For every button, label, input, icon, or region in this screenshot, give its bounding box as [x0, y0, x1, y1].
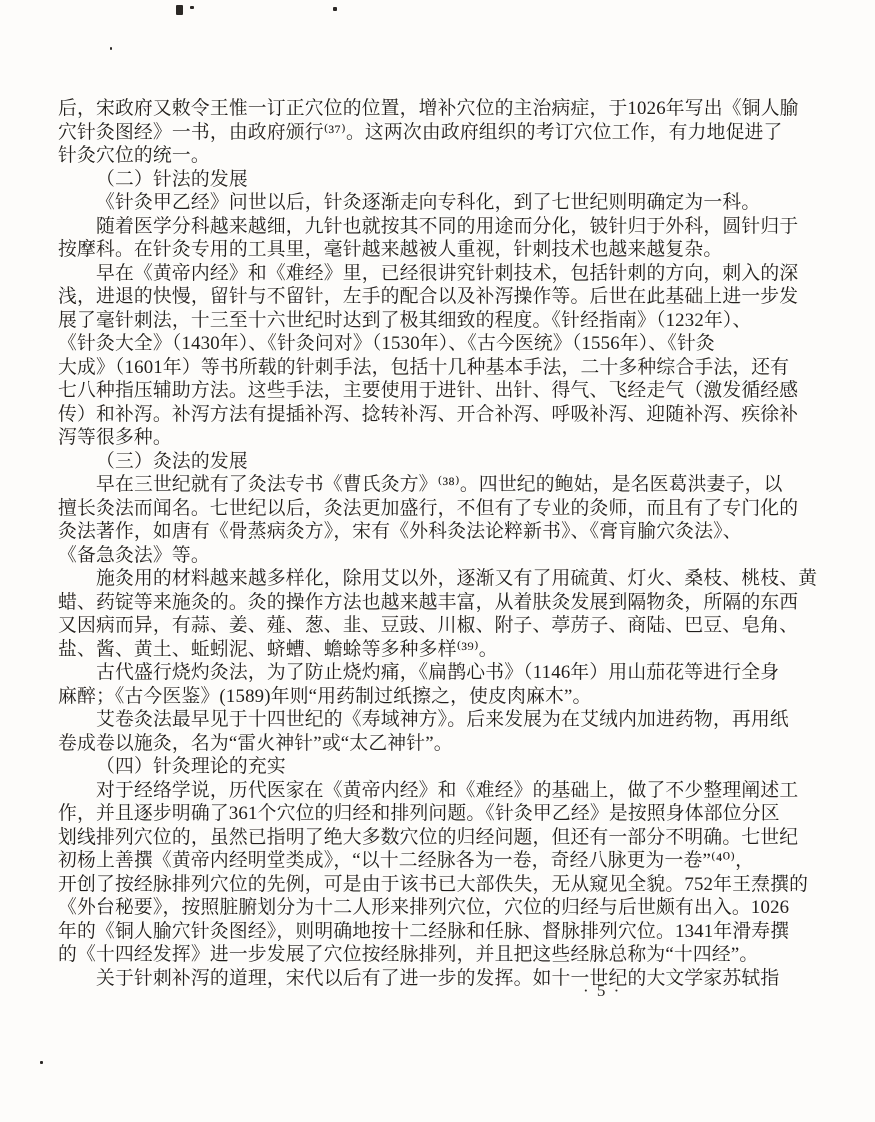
text-line: 作，并且逐步明确了361个穴位的归经和排列问题。《针灸甲乙经》是按照身体部位分区 [58, 802, 824, 826]
text-line: 的《十四经发挥》进一步发展了穴位按经脉排列，并且把这些经脉总称为“十四经”。 [58, 943, 824, 967]
text-line: 早在三世纪就有了灸法专书《曹氏灸方》⁽³⁸⁾。四世纪的鲍姑，是名医葛洪妻子，以 [58, 473, 824, 497]
scanned-book-page: 后，宋政府又敕令王惟一订正穴位的位置，增补穴位的主治病症，于1026年写出《铜人… [0, 0, 875, 1122]
text-line: 浅，进退的快慢，留针与不留针，左手的配合以及补泻操作等。后世在此基础上进一步发 [58, 285, 824, 309]
scan-speck [110, 47, 112, 50]
scan-speck [176, 5, 183, 15]
text-line: 七八种指压辅助方法。这些手法，主要使用于进针、出针、得气、飞经走气（激发循经感 [58, 379, 824, 403]
text-line: 对于经络学说，历代医家在《黄帝内经》和《难经》的基础上，做了不少整理阐述工 [58, 779, 824, 803]
text-line: 艾卷灸法最早见于十四世纪的《寿域神方》。后来发展为在艾绒内加进药物，再用纸 [58, 708, 824, 732]
text-line: 按摩科。在针灸专用的工具里，毫针越来越被人重视，针刺技术也越来越复杂。 [58, 238, 824, 262]
text-line: 展了毫针刺法，十三至十六世纪时达到了极其细致的程度。《针经指南》（1232年）、 [58, 309, 824, 333]
text-line: 施灸用的材料越来越多样化，除用艾以外，逐渐又有了用硫黄、灯火、桑枝、桃枝、黄 [58, 567, 824, 591]
text-line: 《针灸甲乙经》问世以后，针灸逐渐走向专科化，到了七世纪则明确定为一科。 [58, 191, 824, 215]
text-line: 开创了按经脉排列穴位的先例，可是由于该书已大部佚失，无从窥见全貌。752年王焘撰… [58, 873, 824, 897]
text-line: 擅长灸法而闻名。七世纪以后，灸法更加盛行，不但有了专业的灸师，而且有了专门化的 [58, 497, 824, 521]
text-block: 后，宋政府又敕令王惟一订正穴位的位置，增补穴位的主治病症，于1026年写出《铜人… [58, 97, 824, 990]
text-line: 泻等很多种。 [58, 426, 824, 450]
text-line: 又因病而异，有蒜、姜、薤、葱、韭、豆豉、川椒、附子、葶苈子、商陆、巴豆、皂角、 [58, 614, 824, 638]
scan-speck [333, 7, 337, 11]
text-line: 传）和补泻。补泻方法有提插补泻、捻转补泻、开合补泻、呼吸补泻、迎随补泻、疾徐补 [58, 403, 824, 427]
text-line: 初杨上善撰《黄帝内经明堂类成》，“以十二经脉各为一卷，奇经八脉更为一卷”⁽⁴⁰⁾… [58, 849, 824, 873]
text-line: 麻醉；《古今医鉴》(1589)年则“用药制过纸擦之，使皮肉麻木”。 [58, 685, 824, 709]
text-line: 大成》（1601年）等书所载的针刺手法，包括十几种基本手法，二十多种综合手法，还… [58, 356, 824, 380]
text-line: 关于针刺补泻的道理，宋代以后有了进一步的发挥。如十一世纪的大文学家苏轼指 [58, 967, 824, 991]
text-line: 《备急灸法》等。 [58, 544, 824, 568]
text-line: 蜡、药锭等来施灸的。灸的操作方法也越来越丰富，从着肤灸发展到隔物灸，所隔的东西 [58, 591, 824, 615]
text-line: 灸法著作，如唐有《骨蒸病灸方》，宋有《外科灸法论粹新书》、《膏肓腧穴灸法》、 [58, 520, 824, 544]
text-line: 后，宋政府又敕令王惟一订正穴位的位置，增补穴位的主治病症，于1026年写出《铜人… [58, 97, 824, 121]
text-line: 《针灸大全》（1430年）、《针灸问对》（1530年）、《古今医统》（1556年… [58, 332, 824, 356]
section-heading: （二）针法的发展 [58, 168, 824, 192]
text-line: 早在《黄帝内经》和《难经》里，已经很讲究针刺技术，包括针刺的方向，刺入的深 [58, 262, 824, 286]
text-line: 针灸穴位的统一。 [58, 144, 824, 168]
text-line: 穴针灸图经》一书，由政府颁行⁽³⁷⁾。这两次由政府组织的考订穴位工作，有力地促进… [58, 121, 824, 145]
text-line: 划线排列穴位的，虽然已指明了绝大多数穴位的归经问题，但还有一部分不明确。七世纪 [58, 826, 824, 850]
text-line: 随着医学分科越来越细，九针也就按其不同的用途而分化，铍针归于外科，圆针归于 [58, 215, 824, 239]
section-heading: （三）灸法的发展 [58, 450, 824, 474]
text-line: 盐、酱、黄土、蚯蚓泥、蛴螬、蟾蜍等多种多样⁽³⁹⁾。 [58, 638, 824, 662]
scan-speck [40, 1061, 43, 1064]
text-line: 卷成卷以施灸，名为“雷火神针”或“太乙神针”。 [58, 732, 824, 756]
section-heading: （四）针灸理论的充实 [58, 755, 824, 779]
text-line: 年的《铜人腧穴针灸图经》，则明确地按十二经脉和任脉、督脉排列穴位。1341年滑寿… [58, 920, 824, 944]
text-line: 古代盛行烧灼灸法，为了防止烧灼痛，《扁鹊心书》（1146年）用山茄花等进行全身 [58, 661, 824, 685]
page-number: · 5 · [583, 981, 621, 1001]
text-line: 《外台秘要》，按照脏腑划分为十二人形来排列穴位，穴位的归经与后世颇有出入。102… [58, 896, 824, 920]
scan-speck [190, 6, 194, 9]
